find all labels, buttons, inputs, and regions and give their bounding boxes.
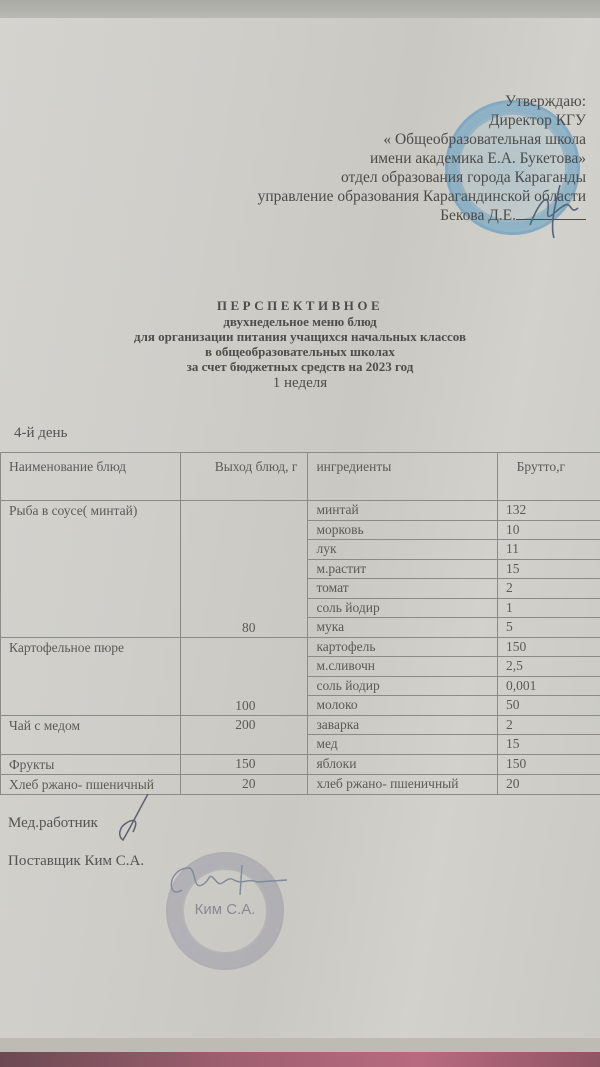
header-brutto: Брутто,г <box>498 453 600 501</box>
header-ingredients: ингредиенты <box>308 453 498 501</box>
ingredient-cell: мед <box>308 735 498 755</box>
dish-name-cell: Фрукты <box>1 754 181 774</box>
dish-output-cell: 150 <box>180 754 308 774</box>
dish-name-cell: Хлеб ржано- пшеничный <box>1 774 181 794</box>
dish-name-cell: Чай с медом <box>1 715 181 754</box>
brutto-cell: 2,5 <box>498 657 600 677</box>
signature-line <box>516 206 586 220</box>
ingredient-cell: мука <box>308 618 498 638</box>
ingredient-cell: лук <box>308 540 498 560</box>
dish-output-cell: 20 <box>180 774 308 794</box>
title-main: ПЕРСПЕКТИВНОЕ <box>0 298 600 314</box>
brutto-cell: 150 <box>498 754 600 774</box>
supplier-label: Поставщик Ким С.А. <box>8 853 144 870</box>
dish-output-cell: 80 <box>180 501 308 638</box>
title-sub: за счет бюджетных средств на 2023 год <box>0 359 600 374</box>
ingredient-cell: томат <box>308 579 498 599</box>
ingredient-cell: м.сливочн <box>308 657 498 677</box>
brutto-cell: 15 <box>498 735 600 755</box>
table-row: Фрукты150яблоки150 <box>1 754 600 774</box>
ingredient-cell: хлеб ржано- пшеничный <box>308 774 498 794</box>
day-label: 4-й день <box>14 425 67 442</box>
brutto-cell: 0,001 <box>498 676 600 696</box>
ingredient-cell: соль йодир <box>308 598 498 618</box>
approval-line: Утверждаю: <box>258 92 586 111</box>
dish-output-cell: 200 <box>180 715 308 754</box>
approval-line: имени академика Е.А. Букетова» <box>258 149 586 168</box>
table-row: Чай с медом200заварка2 <box>1 715 600 735</box>
menu-table-body: Рыба в соусе( минтай)80минтай132морковь1… <box>1 501 600 795</box>
brutto-cell: 132 <box>498 501 600 521</box>
table-row: Хлеб ржано- пшеничный20хлеб ржано- пшени… <box>1 774 600 794</box>
brutto-cell: 5 <box>498 618 600 638</box>
document-title: ПЕРСПЕКТИВНОЕ двухнедельное меню блюд дл… <box>0 298 600 392</box>
title-sub: двухнедельное меню блюд <box>0 314 600 329</box>
brutto-cell: 2 <box>498 715 600 735</box>
dish-name-cell: Рыба в соусе( минтай) <box>1 501 181 638</box>
table-header-row: Наименование блюд Выход блюд, г ингредие… <box>1 453 600 501</box>
ingredient-cell: морковь <box>308 520 498 540</box>
ingredient-cell: молоко <box>308 696 498 716</box>
ingredient-cell: яблоки <box>308 754 498 774</box>
table-row: Картофельное пюре100картофель150 <box>1 637 600 657</box>
approval-line: « Общеобразовательная школа <box>258 130 586 149</box>
medic-label: Мед.работник <box>8 815 98 832</box>
brutto-cell: 11 <box>498 540 600 560</box>
brutto-cell: 15 <box>498 559 600 579</box>
dish-output-cell: 100 <box>180 637 308 715</box>
supplier-stamp-icon: Ким С.А. <box>166 852 284 970</box>
approval-line: управление образования Карагандинской об… <box>258 187 586 206</box>
approval-block: Утверждаю: Директор КГУ « Общеобразовате… <box>258 92 586 225</box>
brutto-cell: 2 <box>498 579 600 599</box>
week-label: 1 неделя <box>0 374 600 392</box>
ingredient-cell: заварка <box>308 715 498 735</box>
title-sub: для организации питания учащихся начальн… <box>0 329 600 344</box>
photo-bottom-edge <box>0 1052 600 1067</box>
brutto-cell: 10 <box>498 520 600 540</box>
approval-line: отдел образования города Караганды <box>258 168 586 187</box>
brutto-cell: 20 <box>498 774 600 794</box>
header-dish-name: Наименование блюд <box>1 453 181 501</box>
table-row: Рыба в соусе( минтай)80минтай132 <box>1 501 600 521</box>
approval-line: Директор КГУ <box>258 111 586 130</box>
dish-name-cell: Картофельное пюре <box>1 637 181 715</box>
brutto-cell: 150 <box>498 637 600 657</box>
brutto-cell: 50 <box>498 696 600 716</box>
ingredient-cell: соль йодир <box>308 676 498 696</box>
signatory-name: Бекова Д.Е. <box>440 207 516 224</box>
supplier-stamp-text: Ким С.А. <box>168 901 282 918</box>
ingredient-cell: картофель <box>308 637 498 657</box>
menu-table: Наименование блюд Выход блюд, г ингредие… <box>0 452 600 795</box>
brutto-cell: 1 <box>498 598 600 618</box>
ingredient-cell: м.растит <box>308 559 498 579</box>
title-sub: в общеобразовательных школах <box>0 344 600 359</box>
header-output: Выход блюд, г <box>180 453 308 501</box>
approval-signatory: Бекова Д.Е. <box>258 206 586 225</box>
ingredient-cell: минтай <box>308 501 498 521</box>
